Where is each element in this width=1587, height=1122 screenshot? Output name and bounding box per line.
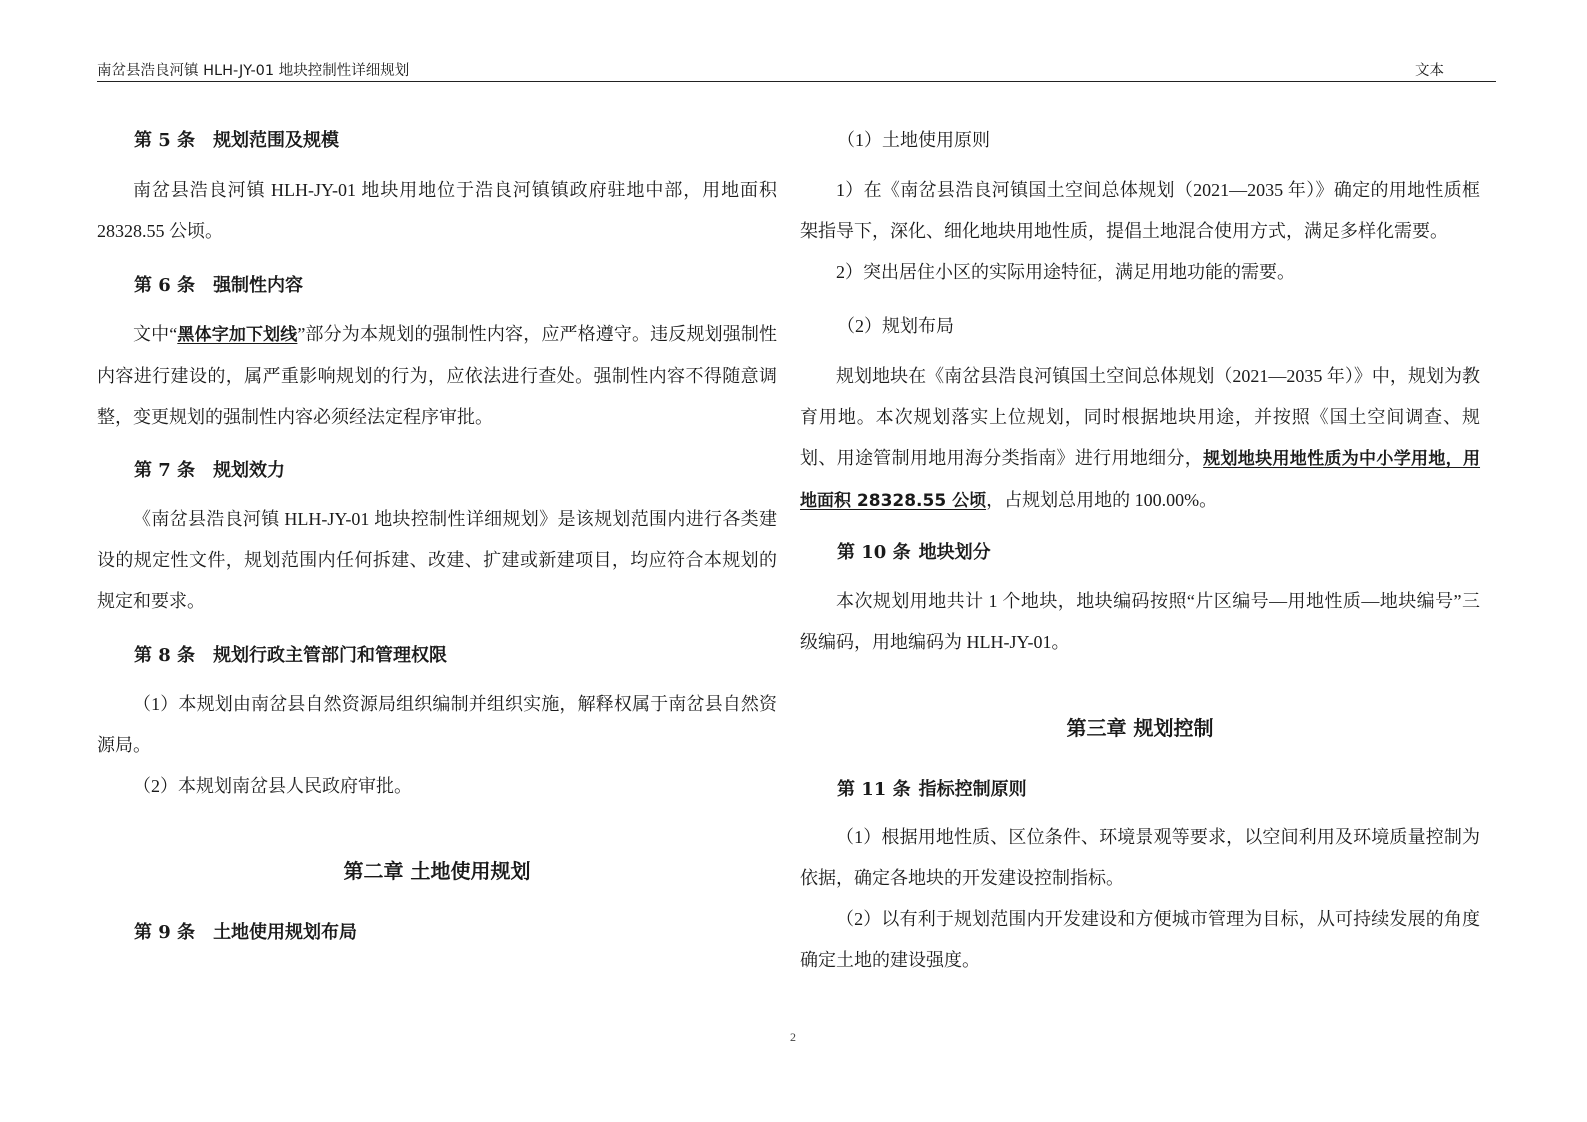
document-title: 南岔县浩良河镇 HLH-JY-01 地块控制性详细规划 [97,59,409,80]
article-10-heading: 第 10 条地块划分 [837,538,991,564]
article-11-heading: 第 11 条指标控制原则 [837,775,1027,801]
list-item: 1）在《南岔县浩良河镇国土空间总体规划（2021—2035 年）》确定的用地性质… [800,170,1480,252]
list-item: （1）根据用地性质、区位条件、环境景观等要求，以空间利用及环境质量控制为依据，确… [800,817,1480,899]
article-7-heading: 第 7 条规划效力 [134,456,285,482]
subsection-land-use-principles: （1）土地使用原则 [837,126,990,152]
article-6-body: 文中“黑体字加下划线”部分为本规划的强制性内容，应严格遵守。违反规划强制性内容进… [97,314,777,438]
page-number: 2 [790,1030,796,1045]
article-5-heading: 第 5 条规划范围及规模 [134,126,339,152]
land-use-principles-body: 1）在《南岔县浩良河镇国土空间总体规划（2021—2035 年）》确定的用地性质… [800,170,1480,293]
article-8-heading: 第 8 条规划行政主管部门和管理权限 [134,641,447,667]
article-6-heading: 第 6 条强制性内容 [134,271,303,297]
article-10-body: 本次规划用地共计 1 个地块，地块编码按照“片区编号—用地性质—地块编号”三级编… [800,581,1480,663]
list-item: （2）本规划南岔县人民政府审批。 [97,766,777,807]
list-item: （1）本规划由南岔县自然资源局组织编制并组织实施，解释权属于南岔县自然资源局。 [97,684,777,766]
article-11-body: （1）根据用地性质、区位条件、环境景观等要求，以空间利用及环境质量控制为依据，确… [800,817,1480,981]
subsection-planning-layout: （2）规划布局 [837,312,954,338]
section-label: 文本 [1415,59,1444,80]
page-header: 南岔县浩良河镇 HLH-JY-01 地块控制性详细规划 文本 [97,57,1496,82]
article-8-body: （1）本规划由南岔县自然资源局组织编制并组织实施，解释权属于南岔县自然资源局。 … [97,684,777,807]
chapter-3-title: 第三章 规划控制 [800,712,1480,741]
planning-layout-body: 规划地块在《南岔县浩良河镇国土空间总体规划（2021—2035 年）》中，规划为… [800,356,1480,522]
list-item: 2）突出居住小区的实际用途特征，满足用地功能的需要。 [800,252,1480,293]
mandatory-emphasis: 黑体字加下划线 [177,325,297,345]
list-item: （2）以有利于规划范围内开发建设和方便城市管理为目标，从可持续发展的角度确定土地… [800,899,1480,981]
article-5-body: 南岔县浩良河镇 HLH-JY-01 地块用地位于浩良河镇镇政府驻地中部，用地面积… [97,170,777,252]
article-9-heading: 第 9 条土地使用规划布局 [134,918,357,944]
article-7-body: 《南岔县浩良河镇 HLH-JY-01 地块控制性详细规划》是该规划范围内进行各类… [97,499,777,622]
chapter-2-title: 第二章 土地使用规划 [97,855,777,884]
